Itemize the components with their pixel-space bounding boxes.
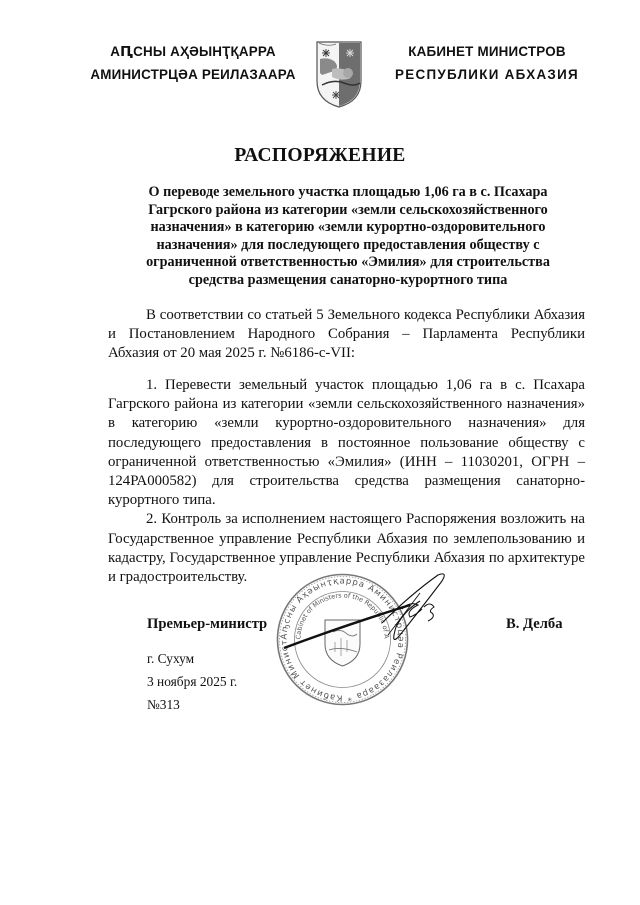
document-number: №313	[147, 697, 180, 713]
letterhead-russian-line2: РЕСПУБЛИКИ АБХАЗИЯ	[394, 63, 580, 86]
letterhead-abkhaz: АԤСНЫ АҲӘЫНҬҚАРРА АМИНИСТРЦӘА РЕИЛАЗААРА	[88, 40, 298, 86]
document-title: РАСПОРЯЖЕНИЕ	[0, 145, 640, 167]
letterhead-abkhaz-line2: АМИНИСТРЦӘА РЕИЛАЗААРА	[88, 63, 298, 86]
document-page: АԤСНЫ АҲӘЫНҬҚАРРА АМИНИСТРЦӘА РЕИЛАЗААРА…	[0, 0, 640, 905]
coat-of-arms-icon	[314, 39, 364, 109]
document-subject: О переводе земельного участка площадью 1…	[128, 184, 568, 290]
order-items: 1. Перевести земельный участок площадью …	[108, 376, 585, 587]
order-item-1: 1. Перевести земельный участок площадью …	[108, 376, 585, 510]
letterhead-abkhaz-line1: АԤСНЫ АҲӘЫНҬҚАРРА	[88, 40, 298, 63]
preamble: В соответствии со статьей 5 Земельного к…	[108, 306, 585, 364]
preamble-text: В соответствии со статьей 5 Земельного к…	[108, 306, 585, 364]
handwritten-signature	[270, 565, 470, 675]
document-city: г. Сухум	[147, 651, 194, 667]
signatory-position: Премьер-министр	[147, 616, 267, 633]
letterhead-russian-line1: КАБИНЕТ МИНИСТРОВ	[394, 40, 580, 63]
letterhead-russian: КАБИНЕТ МИНИСТРОВ РЕСПУБЛИКИ АБХАЗИЯ	[394, 40, 580, 86]
document-date: 3 ноября 2025 г.	[147, 674, 237, 690]
signatory-name: В. Делба	[506, 616, 563, 633]
